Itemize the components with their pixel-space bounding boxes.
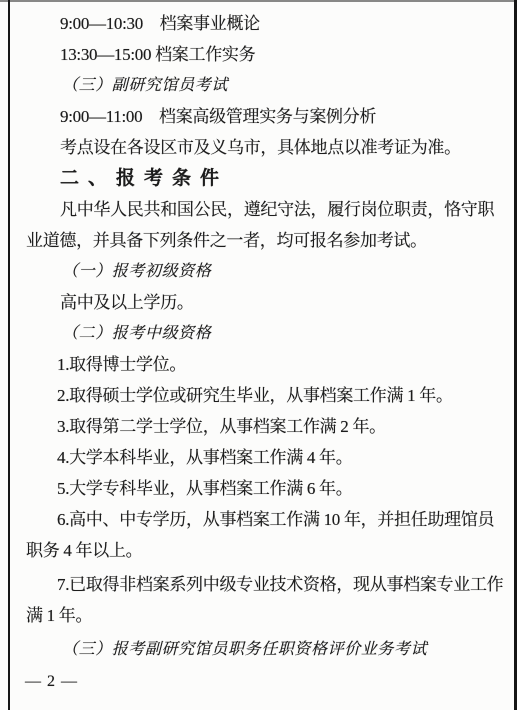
exam-time-line: 9:00—11:00 档案高级管理实务与案例分析 [26,101,504,132]
subsection-heading: （二）报考中级资格 [26,318,504,349]
exam-time-line: 9:00—10:30 档案事业概论 [26,8,504,39]
list-item: 6.高中、中专学历，从事档案工作满 10 年，并担任助理馆员 [26,504,504,535]
paragraph-line: 凡中华人民共和国公民，遵纪守法，履行岗位职责，恪守职 [26,194,504,225]
scan-edge-left [8,0,10,710]
document-body: 9:00—10:30 档案事业概论 13:30—15:00 档案工作实务 （三）… [26,8,504,665]
scan-edge-top [0,0,517,2]
paragraph-line: 考点设在各设区市及义乌市，具体地点以准考证为准。 [26,132,504,163]
section-heading: 二、报考条件 [26,163,504,194]
list-item-continuation: 满 1 年。 [26,600,504,631]
list-item: 2.取得硕士学位或研究生毕业，从事档案工作满 1 年。 [26,380,504,411]
list-item: 7.已取得非档案系列中级专业技术资格，现从事档案专业工作 [26,569,504,600]
page-number: — 2 — [25,672,78,692]
scanned-document-page: 9:00—10:30 档案事业概论 13:30—15:00 档案工作实务 （三）… [0,0,517,710]
subsection-heading: （一）报考初级资格 [26,256,504,287]
list-item: 4.大学本科毕业，从事档案工作满 4 年。 [26,442,504,473]
exam-time-line: 13:30—15:00 档案工作实务 [26,39,504,70]
paragraph-line: 业道德，并具备下列条件之一者，均可报名参加考试。 [26,225,504,256]
list-item-continuation: 职务 4 年以上。 [26,535,504,566]
paragraph-line: 高中及以上学历。 [26,287,504,318]
list-item: 3.取得第二学士学位，从事档案工作满 2 年。 [26,411,504,442]
list-item: 5.大学专科毕业，从事档案工作满 6 年。 [26,473,504,504]
subsection-heading: （三）报考副研究馆员职务任职资格评价业务考试 [26,634,504,665]
list-item: 1.取得博士学位。 [26,349,504,380]
subsection-heading: （三）副研究馆员考试 [26,70,504,101]
